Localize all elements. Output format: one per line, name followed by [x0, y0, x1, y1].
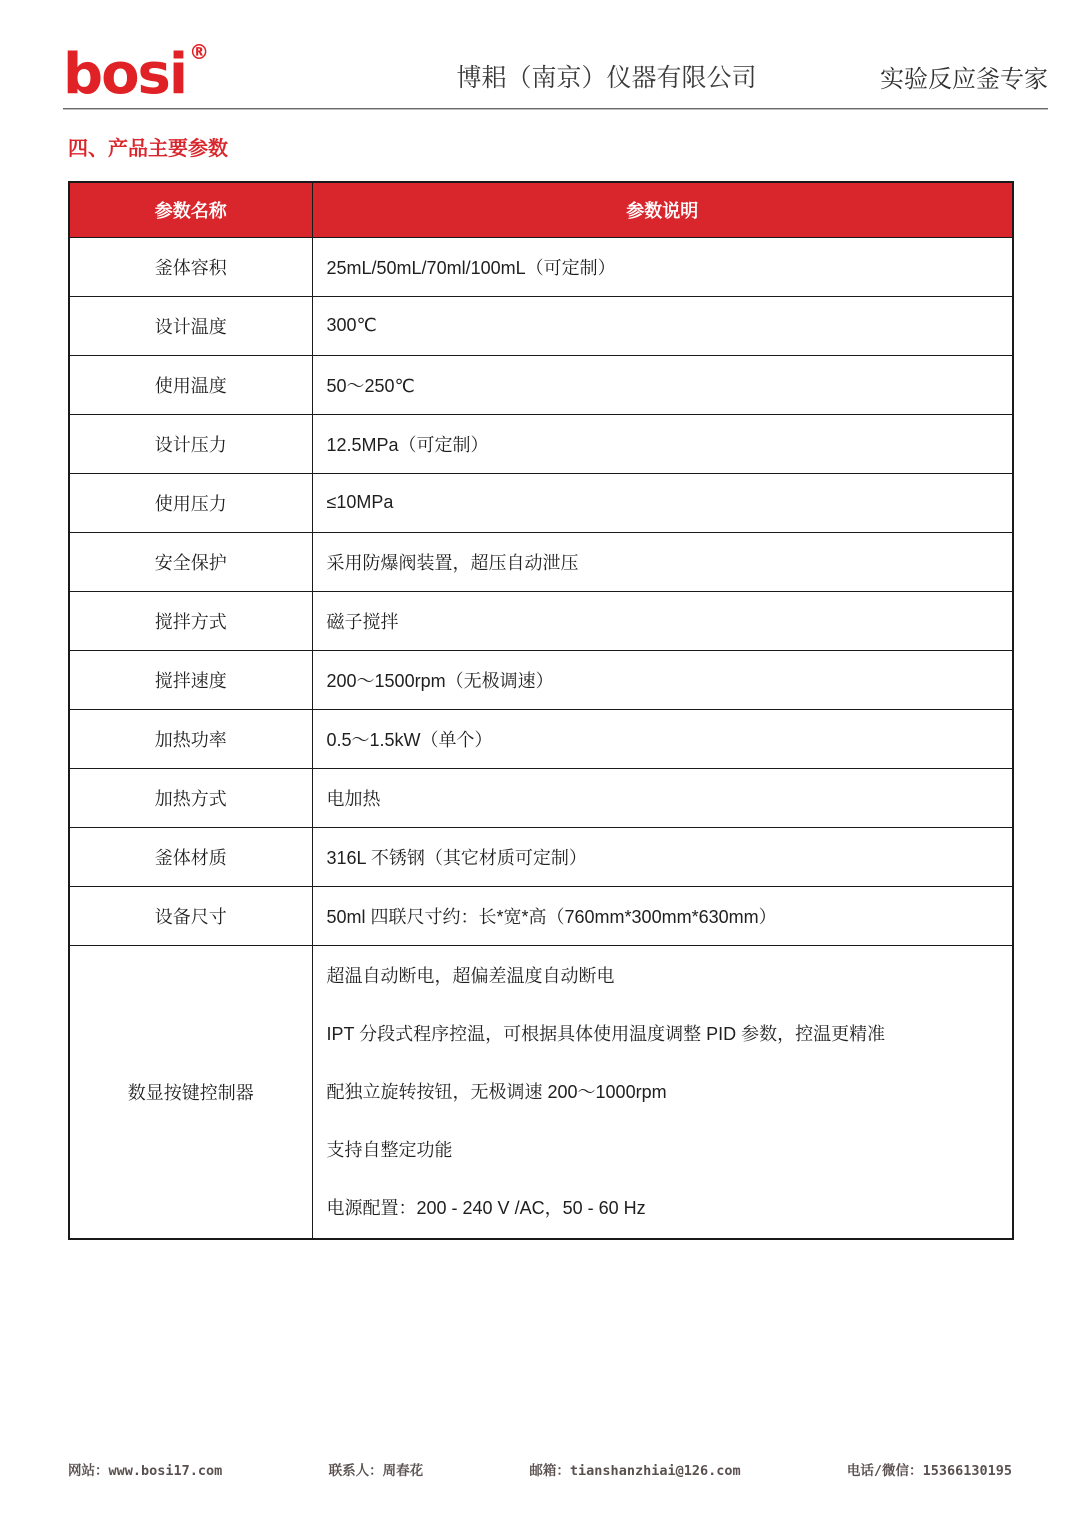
param-name-cell: 加热功率 [69, 709, 312, 768]
company-tagline: 实验反应釜专家 [880, 59, 1048, 102]
parameters-table: 参数名称 参数说明 釜体容积 25mL/50mL/70ml/100mL（可定制）… [68, 181, 1014, 1240]
section-title: 四、产品主要参数 [68, 132, 1080, 161]
param-desc-cell: 200～1500rpm（无极调速） [312, 650, 1013, 709]
header-divider [63, 108, 1048, 110]
footer-phone-value: 15366130195 [923, 1463, 1012, 1479]
table-row: 设计温度 300℃ [69, 296, 1013, 355]
footer-contact-value: 周春花 [383, 1463, 424, 1479]
brand-logo-text: bosi [63, 42, 186, 107]
footer-phone: 电话/微信：15366130195 [847, 1459, 1012, 1479]
page-footer: 网站：www.bosi17.com 联系人：周春花 邮箱：tianshanzhi… [68, 1459, 1012, 1479]
param-desc-cell-multiline: 超温自动断电，超偏差温度自动断电 IPT 分段式程序控温，可根据具体使用温度调整… [312, 945, 1013, 1239]
param-name-cell: 使用压力 [69, 473, 312, 532]
param-desc-cell: ≤10MPa [312, 473, 1013, 532]
param-name-cell: 釜体材质 [69, 827, 312, 886]
table-row: 加热方式 电加热 [69, 768, 1013, 827]
footer-website-label: 网站： [68, 1463, 109, 1479]
param-desc-cell: 25mL/50mL/70ml/100mL（可定制） [312, 237, 1013, 296]
param-desc-cell: 磁子搅拌 [312, 591, 1013, 650]
param-desc-cell: 12.5MPa（可定制） [312, 414, 1013, 473]
param-desc-cell: 电加热 [312, 768, 1013, 827]
table-row-controller: 数显按键控制器 超温自动断电，超偏差温度自动断电 IPT 分段式程序控温，可根据… [69, 945, 1013, 1239]
param-name-cell: 使用温度 [69, 355, 312, 414]
param-name-cell: 加热方式 [69, 768, 312, 827]
footer-contact: 联系人：周春花 [329, 1459, 424, 1479]
footer-email-label: 邮箱： [529, 1463, 570, 1479]
registered-trademark-icon: ® [189, 40, 209, 64]
table-row: 设计压力 12.5MPa（可定制） [69, 414, 1013, 473]
param-desc-cell: 316L 不锈钢（其它材质可定制） [312, 827, 1013, 886]
controller-feature-line: 超温自动断电，超偏差温度自动断电 [327, 947, 1013, 1005]
table-row: 设备尺寸 50ml 四联尺寸约：长*宽*高（760mm*300mm*630mm） [69, 886, 1013, 945]
footer-website: 网站：www.bosi17.com [68, 1459, 222, 1479]
table-row: 搅拌速度 200～1500rpm（无极调速） [69, 650, 1013, 709]
table-header-row: 参数名称 参数说明 [69, 182, 1013, 237]
table-row: 使用温度 50～250℃ [69, 355, 1013, 414]
controller-feature-line: 电源配置：200 - 240 V /AC，50 - 60 Hz [327, 1179, 1013, 1237]
table-row: 加热功率 0.5～1.5kW（单个） [69, 709, 1013, 768]
footer-contact-label: 联系人： [329, 1463, 383, 1479]
param-name-cell: 搅拌方式 [69, 591, 312, 650]
column-header-param-desc: 参数说明 [312, 182, 1013, 237]
page-header: bosi® 博耜（南京）仪器有限公司 实验反应釜专家 [63, 22, 1048, 102]
controller-feature-line: IPT 分段式程序控温，可根据具体使用温度调整 PID 参数，控温更精准 [327, 1005, 1013, 1063]
footer-email-value: tianshanzhiai@126.com [570, 1463, 741, 1479]
param-name-cell: 数显按键控制器 [69, 945, 312, 1239]
footer-website-value: www.bosi17.com [109, 1463, 223, 1479]
param-desc-cell: 采用防爆阀装置，超压自动泄压 [312, 532, 1013, 591]
table-row: 安全保护 采用防爆阀装置，超压自动泄压 [69, 532, 1013, 591]
brand-logo: bosi® [63, 43, 333, 102]
document-page: bosi® 博耜（南京）仪器有限公司 实验反应釜专家 四、产品主要参数 参数名称… [0, 0, 1080, 1527]
param-name-cell: 釜体容积 [69, 237, 312, 296]
footer-email: 邮箱：tianshanzhiai@126.com [529, 1459, 740, 1479]
table-row: 使用压力 ≤10MPa [69, 473, 1013, 532]
table-row: 搅拌方式 磁子搅拌 [69, 591, 1013, 650]
controller-feature-line: 支持自整定功能 [327, 1121, 1013, 1179]
param-name-cell: 搅拌速度 [69, 650, 312, 709]
param-desc-cell: 50～250℃ [312, 355, 1013, 414]
param-name-cell: 设计压力 [69, 414, 312, 473]
param-desc-cell: 300℃ [312, 296, 1013, 355]
param-desc-cell: 0.5～1.5kW（单个） [312, 709, 1013, 768]
table-row: 釜体容积 25mL/50mL/70ml/100mL（可定制） [69, 237, 1013, 296]
footer-phone-label: 电话/微信： [847, 1463, 923, 1479]
column-header-param-name: 参数名称 [69, 182, 312, 237]
param-name-cell: 设备尺寸 [69, 886, 312, 945]
param-desc-cell: 50ml 四联尺寸约：长*宽*高（760mm*300mm*630mm） [312, 886, 1013, 945]
param-name-cell: 安全保护 [69, 532, 312, 591]
param-name-cell: 设计温度 [69, 296, 312, 355]
controller-feature-line: 配独立旋转按钮，无极调速 200～1000rpm [327, 1063, 1013, 1121]
company-name: 博耜（南京）仪器有限公司 [333, 58, 880, 102]
table-row: 釜体材质 316L 不锈钢（其它材质可定制） [69, 827, 1013, 886]
